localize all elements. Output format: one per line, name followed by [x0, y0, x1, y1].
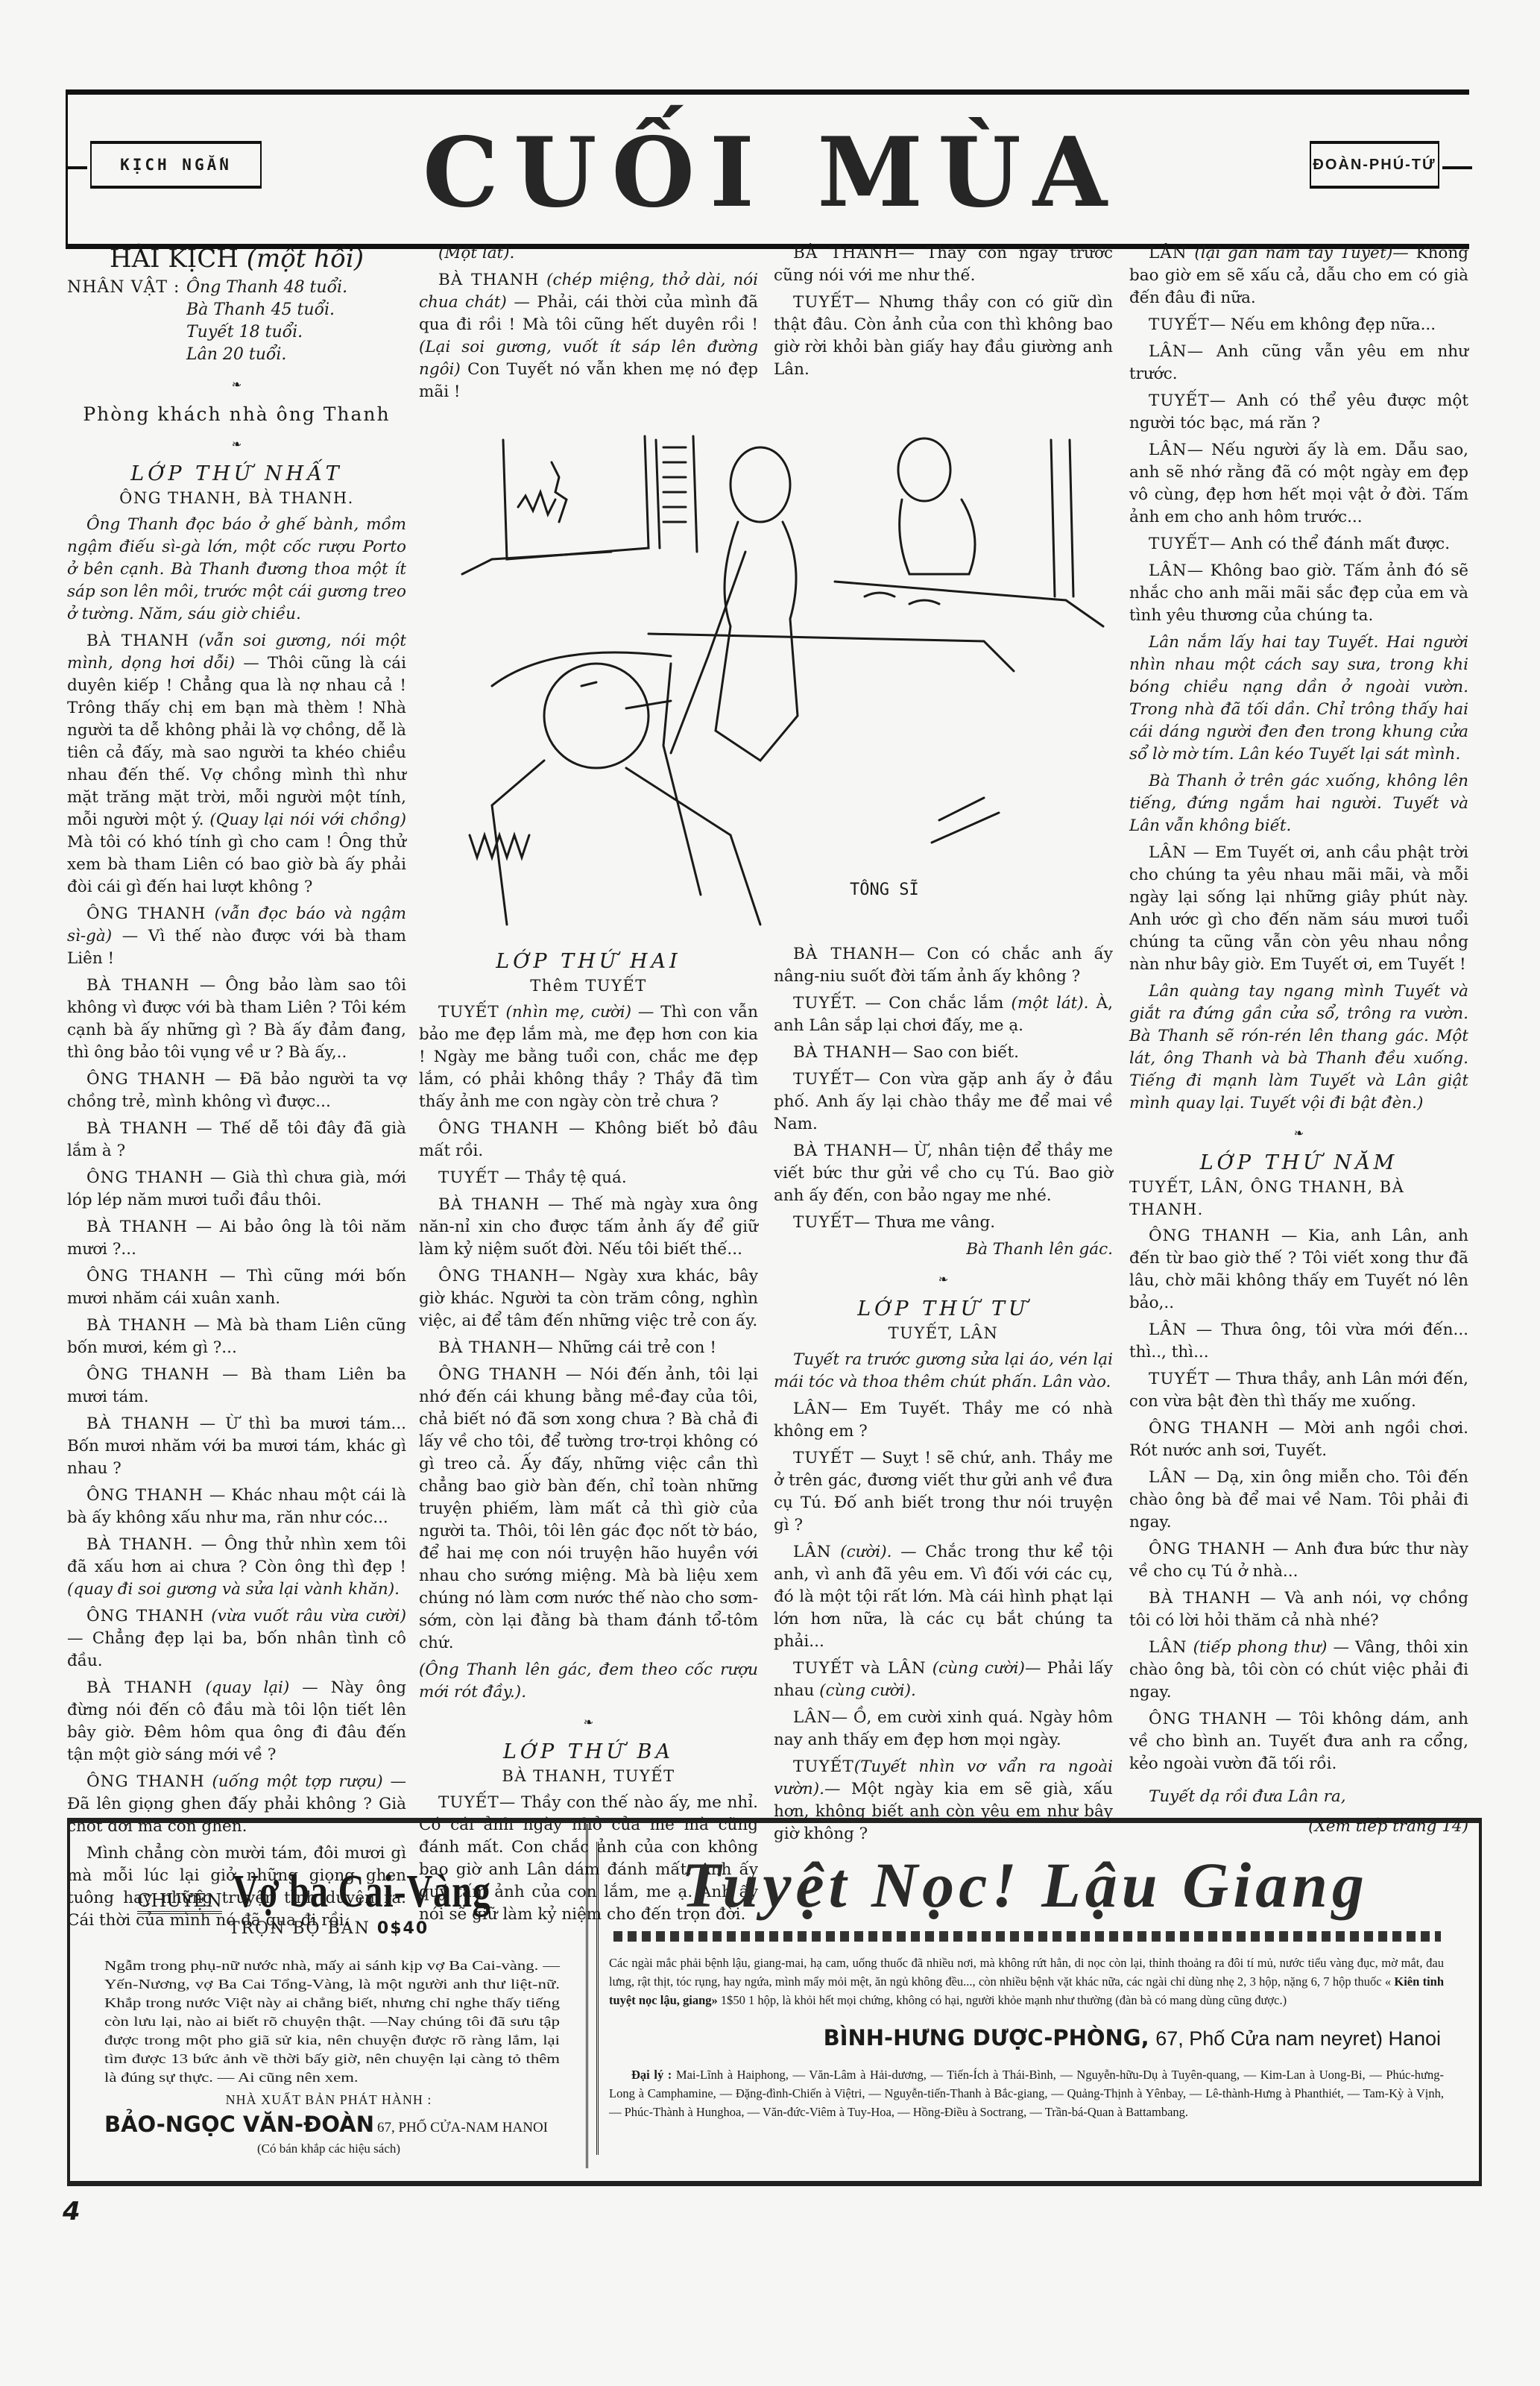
dialogue-line: ÔNG THANH — Thì cũng mới bốn mươi nhăm c… — [67, 1265, 406, 1310]
dialogue-line: ÔNG THANH — Khác nhau một cái là bà ấy k… — [67, 1485, 406, 1529]
stage-direction: Tuyết ra trước gương sửa lại áo, vén lại… — [774, 1349, 1113, 1394]
dialogue-line: BÀ THANH. — Ông thử nhìn xem tôi đã xấu … — [67, 1534, 406, 1601]
scene-cast: BÀ THANH, TUYẾT — [419, 1765, 758, 1787]
play-title: CUỐI MÙA — [321, 117, 1223, 229]
dialogue-line: ÔNG THANH — Anh đưa bức thư này về cho c… — [1129, 1538, 1468, 1583]
cast-item: Lân 20 tuổi. — [186, 344, 347, 366]
stage-direction: Lân nắm lấy hai tay Tuyết. Hai người nhì… — [1129, 632, 1468, 766]
cast-item: Bà Thanh 45 tuổi. — [186, 299, 347, 321]
scene-title: LỚP THỨ NĂM — [1129, 1152, 1468, 1174]
ornament-icon: ❧ — [1129, 1122, 1468, 1145]
ad-title: Vợ ba Cai-Vàng — [233, 1866, 491, 1918]
dialogue-line: TUYẾT — Thầy tệ quá. — [419, 1167, 758, 1189]
cast-list: NHÂN VẬT : Ông Thanh 48 tuổi. Bà Thanh 4… — [67, 277, 406, 366]
dialogue-line: TUYẾT. — Con chắc lắm (một lát). À, anh … — [774, 992, 1113, 1037]
dialogue-line: TUYẾT— Nhưng thầy con có giữ dìn thật đâ… — [774, 292, 1113, 381]
dialogue-line: BÀ THANH (quay lại) — Này ông đừng nói đ… — [67, 1677, 406, 1766]
scene-title: LỚP THỨ TƯ — [774, 1298, 1113, 1321]
dialogue-line: ÔNG THANH — Tôi không dám, anh về cho bì… — [1129, 1708, 1468, 1775]
ad-body: Các ngài mắc phải bệnh lậu, giang-mai, h… — [609, 1954, 1444, 2009]
dialogue-line: TUYẾT— Thưa me vâng. — [774, 1212, 1113, 1234]
ad-title: Tuyệt Nọc! Lậu Giang — [608, 1848, 1442, 1922]
column-1: HÀI KỊCH (một hồi) NHÂN VẬT : Ông Thanh … — [67, 242, 406, 1932]
dialogue-line: TUYẾT — Suỵt ! sẽ chứ, anh. Thầy me ở tr… — [774, 1447, 1113, 1537]
ornament-icon: ❧ — [774, 1268, 1113, 1291]
scene-cast: ÔNG THANH, BÀ THANH. — [67, 487, 406, 509]
sketch-illustration-icon: TÔNG SĨ — [447, 418, 1178, 932]
setting: Phòng khách nhà ông Thanh — [67, 403, 406, 426]
dialogue-line: LÂN— Ồ, em cười xinh quá. Ngày hôm nay a… — [774, 1707, 1113, 1751]
newspaper-page: KỊCH NGẮN CUỐI MÙA ĐOÀN-PHÚ-TỨ HÀI KỊCH … — [0, 0, 1540, 2386]
dialogue-line: LÂN — Dạ, xin ông miễn cho. Tôi đến chào… — [1129, 1467, 1468, 1534]
dialogue-line: ÔNG THANH — Đã bảo người ta vợ chồng trẻ… — [67, 1068, 406, 1113]
dialogue-line: BÀ THANH — Ông bảo làm sao tôi không vì … — [67, 975, 406, 1064]
stage-direction: Lân quàng tay ngang mình Tuyết và giắt r… — [1129, 980, 1468, 1115]
dialogue-line: TUYẾT— Anh có thể yêu được một người tóc… — [1129, 390, 1468, 435]
dialogue-line: BÀ THANH (chép miệng, thở dài, nói chua … — [419, 269, 758, 403]
scene-cast: Thêm TUYẾT — [419, 975, 758, 997]
stage-direction: (Một lát). — [419, 242, 758, 265]
title-banner: KỊCH NGẮN CUỐI MÙA ĐOÀN-PHÚ-TỨ — [66, 89, 1469, 249]
dialogue-line: BÀ THANH— Sao con biết. — [774, 1042, 1113, 1064]
scene-title: LỚP THỨ NHẤT — [67, 463, 406, 485]
section-label: KỊCH NGẮN — [90, 141, 262, 189]
ad-price: TRỌN BỘ BÁN 0$40 — [72, 1919, 586, 1938]
dialogue-line: LÂN— Anh cũng vẫn yêu em như trước. — [1129, 341, 1468, 385]
dialogue-line: BÀ THANH — Và anh nói, vợ chồng tôi có l… — [1129, 1587, 1468, 1632]
dialogue-line: ÔNG THANH (vừa vuốt râu vừa cười)— Chẳng… — [67, 1605, 406, 1672]
ad-body: Ngẫm trong phụ-nữ nước nhà, mấy ai sánh … — [104, 1957, 560, 2087]
dialogue-line: LÂN— Nếu người ấy là em. Dẫu sao, anh sẽ… — [1129, 439, 1468, 529]
dialogue-line: BÀ THANH— Những cái trẻ con ! — [419, 1337, 758, 1359]
cast-item: Tuyết 18 tuổi. — [186, 321, 347, 344]
dialogue-line: LÂN — Em Tuyết ơi, anh cầu phật trời cho… — [1129, 842, 1468, 976]
dialogue-line: BÀ THANH — Thế mà ngày xưa ông năn-nỉ xi… — [419, 1194, 758, 1261]
scene-cast: TUYẾT, LÂN — [774, 1322, 1113, 1344]
ornament-icon: ❧ — [67, 374, 406, 396]
dialogue-line: BÀ THANH (vẫn soi gương, nói một mình, d… — [67, 630, 406, 898]
scene-title: LỚP THỨ BA — [419, 1741, 758, 1763]
dialogue-line: BÀ THANH — Thế dễ tôi đây đã già lắm à ? — [67, 1118, 406, 1162]
dialogue-line: TUYẾT— Anh có thể đánh mất được. — [1129, 533, 1468, 555]
column-3: BÀ THANH— Con có chắc anh ấy nâng-niu su… — [774, 943, 1113, 1850]
dialogue-line: BÀ THANH — Ai bảo ông là tôi năm mươi ?.… — [67, 1216, 406, 1261]
stage-direction: Ông Thanh đọc báo ở ghế bành, mồm ngậm đ… — [67, 514, 406, 626]
availability-note: (Có bán khắp các hiệu sách) — [72, 2141, 586, 2156]
dialogue-line: LÂN (lại gần nắm tay Tuyết)— Không bao g… — [1129, 242, 1468, 309]
banner-rule-right — [1442, 166, 1472, 169]
column-3-top: BÀ THANH— Thầy con ngày trước cũng nói v… — [774, 242, 1113, 385]
stage-direction: Bà Thanh lên gác. — [774, 1238, 1113, 1261]
dialogue-line: BÀ THANH — Ừ thì ba mươi tám... Bốn mươi… — [67, 1413, 406, 1480]
scene-title: LỚP THỨ HAI — [419, 951, 758, 973]
dialogue-line: LÂN (tiếp phong thư) — Vâng, thôi xin ch… — [1129, 1637, 1468, 1704]
dialogue-line: TUYẾT— Nếu em không đẹp nữa... — [1129, 314, 1468, 336]
decorative-divider — [613, 1931, 1441, 1942]
dialogue-line: BÀ THANH — Mà bà tham Liên cũng bốn mươi… — [67, 1315, 406, 1359]
column-2-top: (Một lát). BÀ THANH (chép miệng, thở dài… — [419, 242, 758, 408]
pharmacy-name: BÌNH-HƯNG DƯỢC-PHÒNG, 67, Phố Cửa nam ne… — [688, 2025, 1441, 2050]
dialogue-line: ÔNG THANH — Già thì chưa già, mới lóp lé… — [67, 1167, 406, 1212]
publisher: BẢO-NGỌC VĂN-ĐOÀN67, PHỐ CỬA-NAM HANOI — [104, 2112, 548, 2137]
stage-direction: Bà Thanh ở trên gác xuống, không lên tiế… — [1129, 770, 1468, 837]
dialogue-line: BÀ THANH— Ừ, nhân tiện để thầy me viết b… — [774, 1140, 1113, 1207]
artist-signature: TÔNG SĨ — [850, 879, 919, 899]
agent-list: Đại lý : Mai-Lĩnh à Haiphong, — Văn-Lâm … — [609, 2065, 1444, 2121]
dialogue-line: ÔNG THANH — Không biết bỏ đâu mất rồi. — [419, 1118, 758, 1162]
ornament-icon: ❧ — [419, 1711, 758, 1734]
dialogue-line: ÔNG THANH (vẫn đọc báo và ngậm sì-gà) — … — [67, 903, 406, 970]
publisher-label: NHÀ XUẤT BẢN PHÁT HÀNH : — [72, 2092, 586, 2108]
dialogue-line: ÔNG THANH — Mời anh ngồi chơi. Rót nước … — [1129, 1417, 1468, 1462]
stage-direction: Tuyết dạ rồi đưa Lân ra, — [1129, 1786, 1468, 1808]
ad-kicker: CHUYỆN — [137, 1890, 222, 1914]
dialogue-line: ÔNG THANH — Bà tham Liên ba mươi tám. — [67, 1364, 406, 1408]
scene-cast: TUYẾT, LÂN, ÔNG THANH, BÀ THANH. — [1129, 1176, 1468, 1221]
dialogue-line: TUYẾT và LÂN (cùng cười)— Phải lấy nhau … — [774, 1658, 1113, 1702]
dialogue-line: BÀ THANH— Con có chắc anh ấy nâng-niu su… — [774, 943, 1113, 988]
cast-item: Ông Thanh 48 tuổi. — [186, 277, 347, 299]
dialogue-line: ÔNG THANH — Kia, anh Lân, anh đến từ bao… — [1129, 1225, 1468, 1315]
dialogue-line: TUYẾT— Con vừa gặp anh ấy ở đầu phố. Anh… — [774, 1068, 1113, 1136]
ornament-icon: ❧ — [67, 433, 406, 456]
dialogue-line: BÀ THANH— Thầy con ngày trước cũng nói v… — [774, 242, 1113, 287]
dialogue-line: LÂN— Không bao giờ. Tấm ảnh đó sẽ nhắc c… — [1129, 560, 1468, 627]
banner-rule-left — [68, 166, 87, 169]
dialogue-line: LÂN— Em Tuyết. Thầy me có nhà không em ? — [774, 1398, 1113, 1443]
column-2: LỚP THỨ HAI Thêm TUYẾT TUYẾT (nhìn mẹ, c… — [419, 943, 758, 1930]
author-label: ĐOÀN-PHÚ-TỨ — [1310, 141, 1439, 189]
page-number: 4 — [63, 2197, 81, 2226]
medicine-advertisement: Tuyệt Nọc! Lậu Giang Các ngài mắc phải b… — [596, 1842, 1463, 2155]
dialogue-line: LÂN — Thưa ông, tôi vừa mới đến... thì..… — [1129, 1319, 1468, 1364]
book-advertisement: CHUYỆN Vợ ba Cai-Vàng TRỌN BỘ BÁN 0$40 N… — [72, 1824, 588, 2168]
dialogue-line: ÔNG THANH — Nói đến ảnh, tôi lại nhớ đến… — [419, 1364, 758, 1655]
dialogue-line: LÂN (cười). — Chắc trong thư kể tội anh,… — [774, 1541, 1113, 1653]
illustration: TÔNG SĨ — [447, 418, 1178, 932]
genre-heading: HÀI KỊCH (một hồi) — [67, 242, 406, 275]
dialogue-line: TUYẾT — Thưa thầy, anh Lân mới đến, con … — [1129, 1368, 1468, 1413]
stage-direction: (Ông Thanh lên gác, đem theo cốc rượu mớ… — [419, 1659, 758, 1704]
dialogue-line: TUYẾT (nhìn mẹ, cười) — Thì con vẫn bảo … — [419, 1001, 758, 1113]
column-4: LÂN (lại gần nắm tay Tuyết)— Không bao g… — [1129, 242, 1468, 1842]
dialogue-line: ÔNG THANH— Ngày xưa khác, bây giờ khác. … — [419, 1265, 758, 1332]
